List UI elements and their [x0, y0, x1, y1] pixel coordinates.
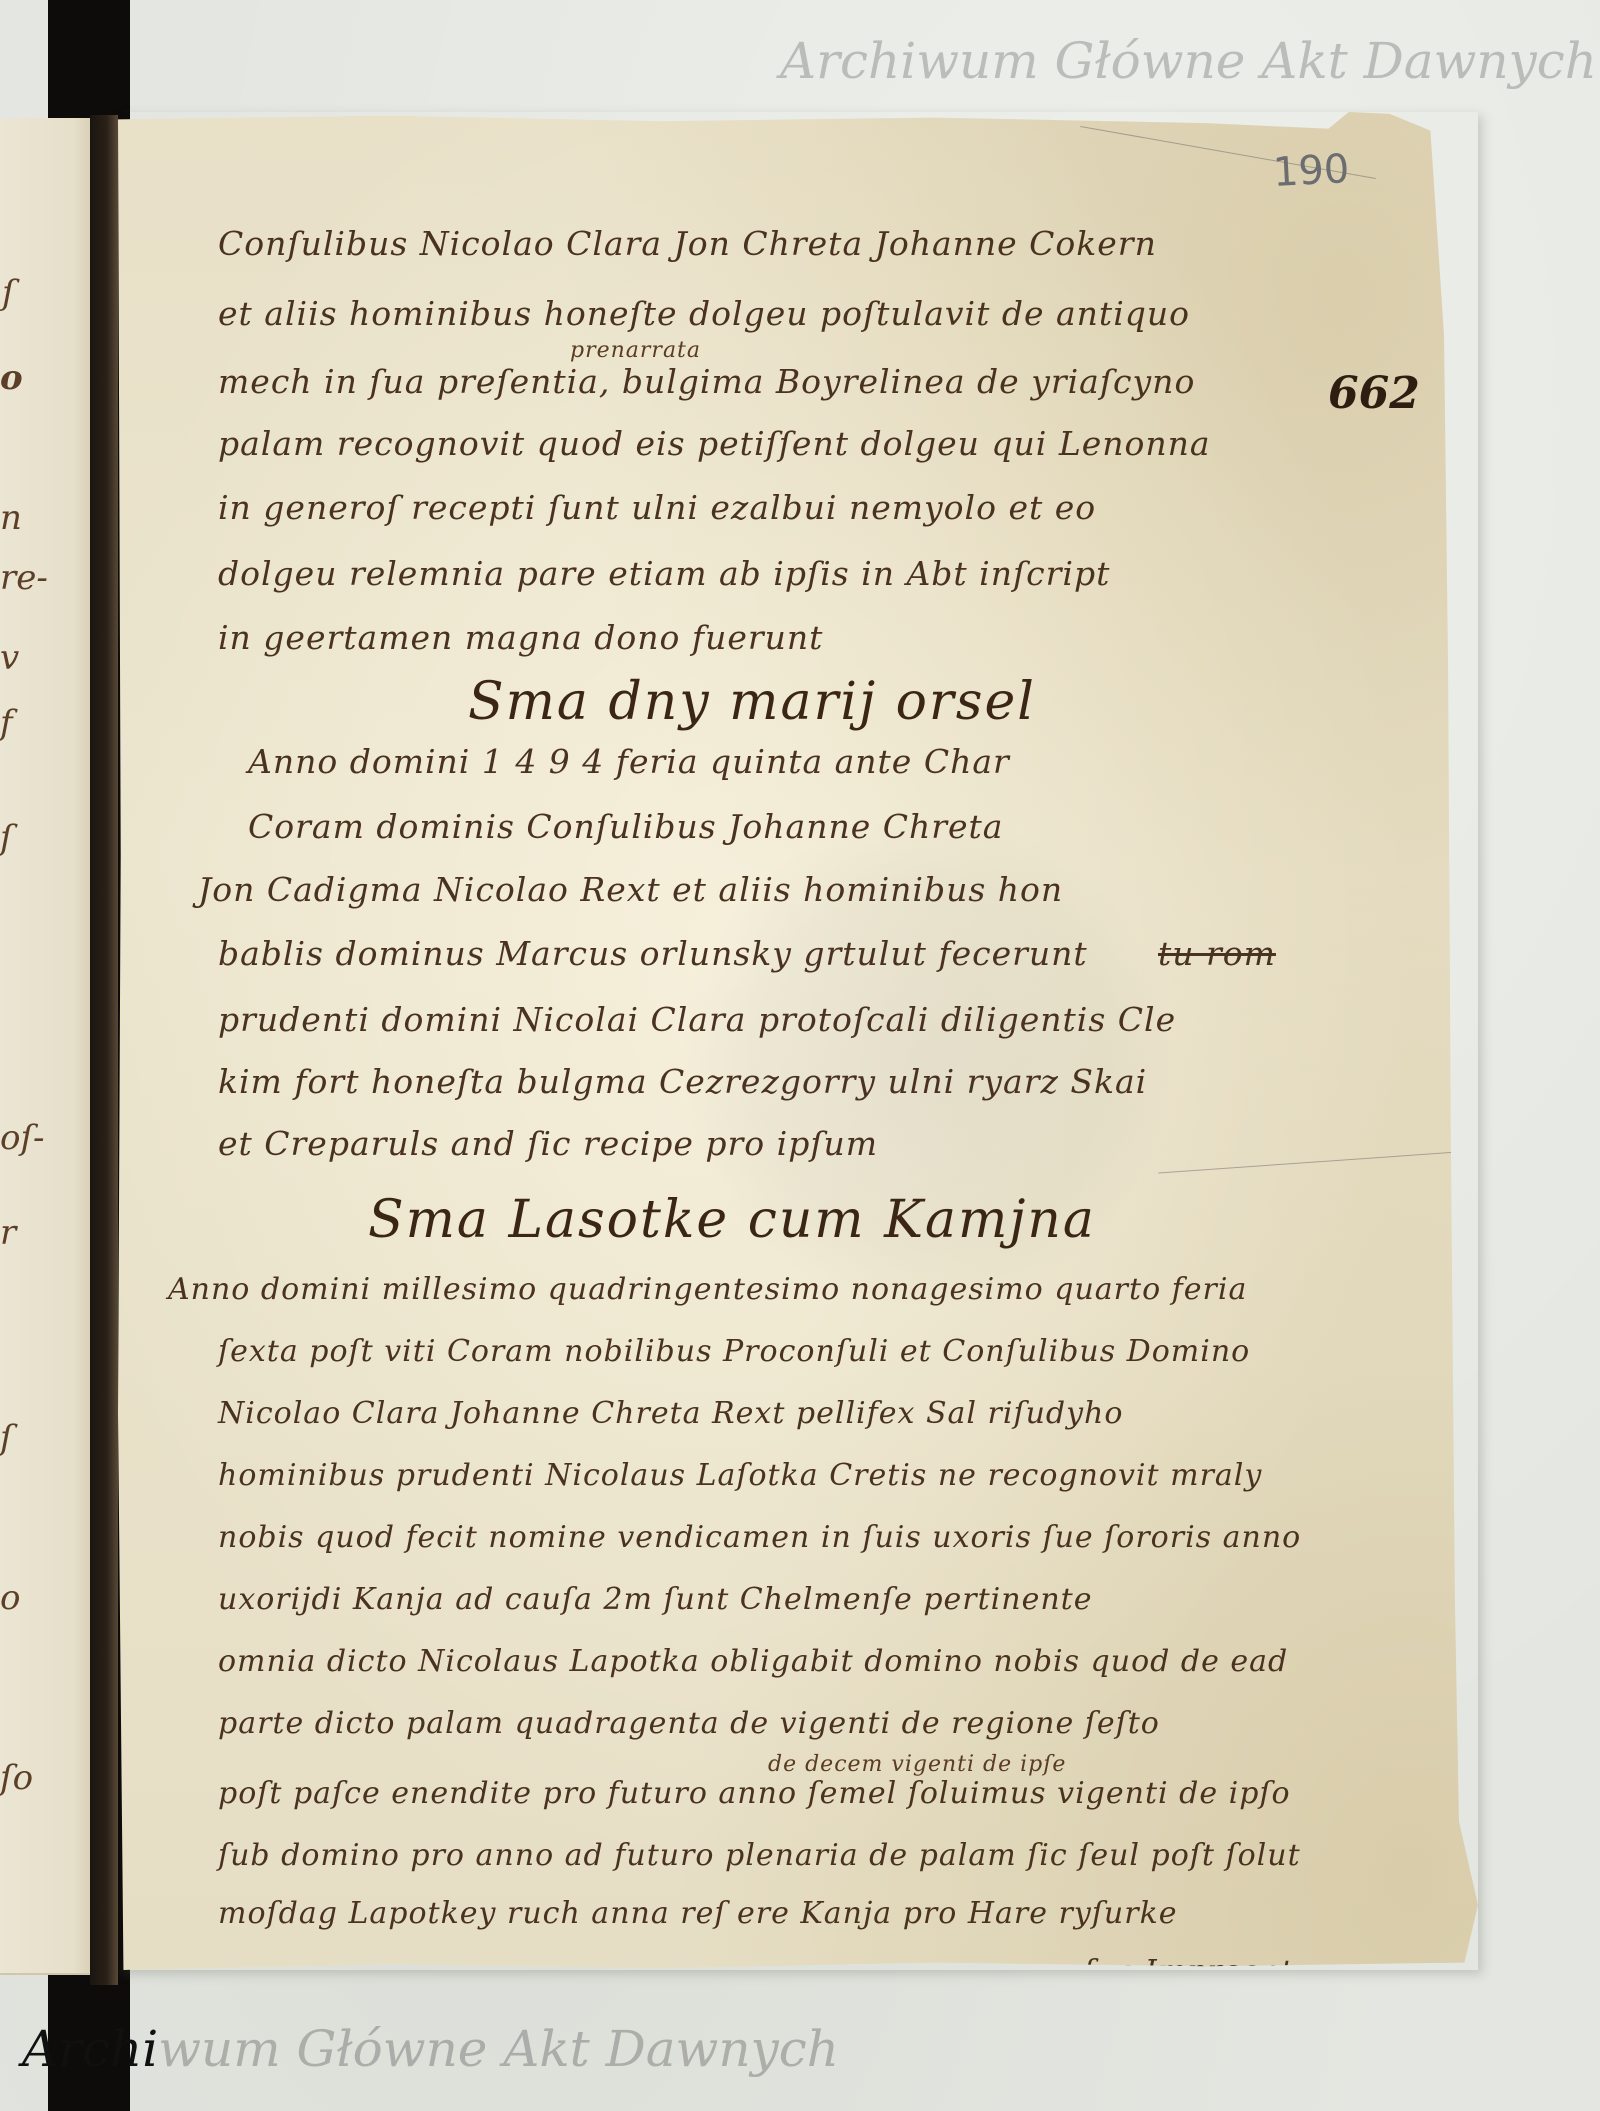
margin-ink-number: 662: [1328, 368, 1420, 419]
left-page-text: n: [0, 498, 22, 538]
watermark-dark-part: Archi: [22, 2020, 158, 2078]
left-page-text: re-: [0, 558, 48, 598]
manuscript-line: parte dicto palam quadragenta de vigenti…: [218, 1706, 1160, 1741]
entry-heading: Sma Lasotke cum Kamjna: [368, 1190, 1096, 1250]
watermark-light-part: wum Główne Akt Dawnych: [158, 2020, 839, 2078]
manuscript-line: omnia dicto Nicolaus Lapotka obligabit d…: [218, 1644, 1288, 1679]
manuscript-line: Anno domini millesimo quadringentesimo n…: [168, 1272, 1247, 1307]
manuscript-line: uxorijdi Kanja ad cauſa 2m ſunt Chelmenſ…: [218, 1582, 1092, 1617]
manuscript-line: Anno domini 1 4 9 4 feria quinta ante Ch…: [248, 742, 1010, 781]
left-page-text: oſ-: [0, 1118, 45, 1158]
manuscript-line: mech in ſua preſentia, bulgima Boyreline…: [218, 362, 1195, 401]
left-page-text: f: [0, 703, 13, 743]
struck-text: tu rom: [1158, 934, 1276, 973]
left-page-text: ſ: [0, 1418, 13, 1458]
manuscript-line: ſexta poſt viti Coram nobilibus Proconſu…: [218, 1334, 1250, 1369]
entry-heading: Sma dny marij orsel: [468, 672, 1036, 732]
manuscript-line: dolgeu relemnia pare etiam ab ipſis in A…: [218, 554, 1110, 593]
manuscript-line: in generoſ recepti ſunt ulni ezalbui nem…: [218, 488, 1096, 527]
left-page-text: v: [0, 638, 19, 678]
manuscript-line: et aliis hominibus honeſte dolgeu poſtul…: [218, 294, 1190, 333]
manuscript-line: Conſulibus Nicolao Clara Jon Chreta Joha…: [218, 224, 1157, 263]
archive-watermark-top: Archiwum Główne Akt Dawnych: [780, 32, 1597, 90]
manuscript-folio: Conſulibus Nicolao Clara Jon Chreta Joha…: [118, 112, 1478, 1970]
manuscript-line: kim fort honeſta bulgma Cezrezgorry ulni…: [218, 1062, 1147, 1101]
manuscript-line: ſub domino pro anno ad futuro plenaria d…: [218, 1838, 1301, 1873]
left-page-text: ſ: [2, 273, 15, 313]
left-page-text: r: [0, 1213, 16, 1253]
manuscript-line: Jon Cadigma Nicolao Rext et aliis homini…: [198, 870, 1063, 909]
gutter-shadow: [90, 115, 118, 1985]
manuscript-line: moſdag Lapotkey ruch anna reſ ere Kanja …: [218, 1896, 1178, 1931]
manuscript-line: bablis dominus Marcus orlunsky grtulut f…: [218, 934, 1088, 973]
left-page-text: o: [0, 1578, 20, 1618]
manuscript-line: hominibus prudenti Nicolaus Laſotka Cret…: [218, 1458, 1262, 1493]
pencil-folio-number: 190: [1272, 146, 1351, 196]
left-page-text: ſo: [0, 1758, 33, 1798]
interlinear-gloss: prenarrata: [570, 338, 701, 363]
interlinear-gloss: de decem vigenti de ipſe: [768, 1752, 1066, 1777]
pencil-mark: [1158, 1152, 1457, 1174]
manuscript-line: palam recognovit quod eis petiſſent dolg…: [218, 424, 1211, 463]
manuscript-line: et Creparuls and ſic recipe pro ipſum: [218, 1124, 878, 1163]
left-page-text: o: [0, 358, 23, 398]
manuscript-line: nobis quod fecit nomine vendicamen in ſu…: [218, 1520, 1301, 1555]
manuscript-line: in geertamen magna dono fuerunt: [218, 618, 823, 657]
manuscript-line: Coram dominis Conſulibus Johanne Chreta: [248, 807, 1003, 846]
manuscript-line: prudenti domini Nicolai Clara protoſcali…: [218, 1000, 1176, 1039]
manuscript-line: Nicolao Clara Johanne Chreta Rext pellif…: [218, 1396, 1123, 1431]
left-page-fragment: ſ o n re- v f ſ oſ- r ſ o ſo: [0, 118, 92, 1975]
manuscript-line: poſt paſce enendite pro futuro anno ſeme…: [218, 1776, 1291, 1811]
archive-watermark-bottom: Archiwum Główne Akt Dawnych: [22, 2020, 839, 2078]
left-page-text: ſ: [0, 818, 13, 858]
